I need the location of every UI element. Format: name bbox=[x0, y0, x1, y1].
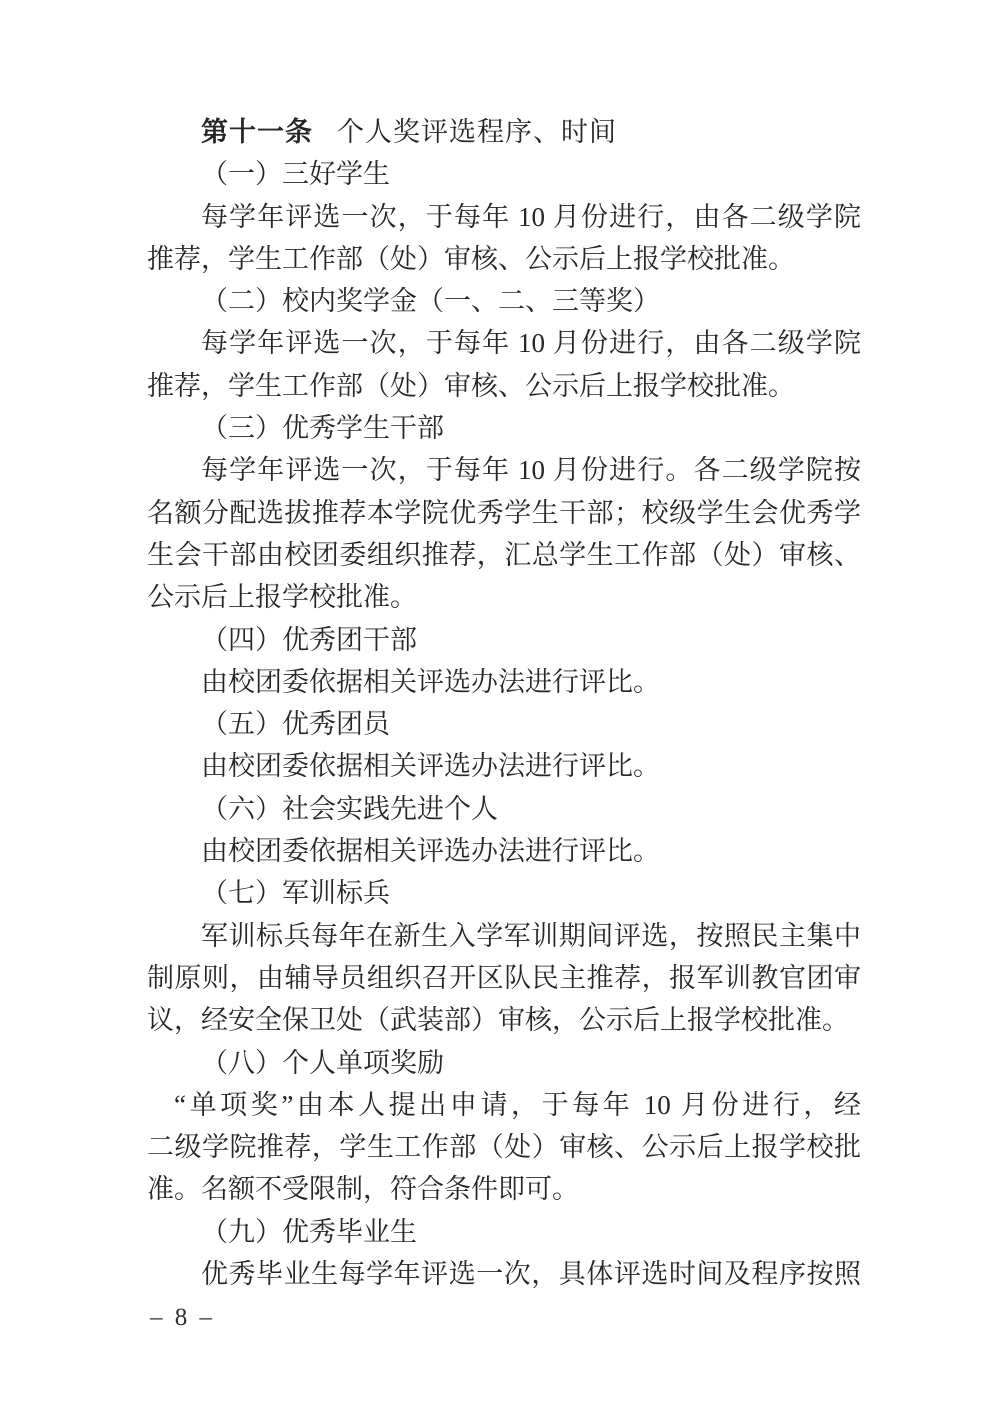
text-line: （三）优秀学生干部 bbox=[147, 407, 861, 449]
article-heading-line: 第十一条个人奖评选程序、时间 bbox=[147, 111, 861, 153]
text-line: 优秀毕业生每学年评选一次，具体评选时间及程序按照 bbox=[147, 1253, 861, 1295]
text-line: （六）社会实践先进个人 bbox=[147, 788, 861, 830]
text-line: （七）军训标兵 bbox=[147, 872, 861, 914]
text-line: 由校团委依据相关评选办法进行评比。 bbox=[147, 830, 861, 872]
text-line: 议，经安全保卫处（武装部）审核，公示后上报学校批准。 bbox=[147, 999, 861, 1041]
article-title: 个人奖评选程序、时间 bbox=[337, 117, 617, 147]
text-line: 由校团委依据相关评选办法进行评比。 bbox=[147, 661, 861, 703]
text-line: （五）优秀团员 bbox=[147, 703, 861, 745]
text-line: “单项奖”由本人提出申请，于每年 10 月份进行，经 bbox=[147, 1084, 861, 1126]
text-line: 每学年评选一次，于每年 10 月份进行。各二级学院按 bbox=[147, 449, 861, 491]
document-page: 第十一条个人奖评选程序、时间 （一）三好学生每学年评选一次，于每年 10 月份进… bbox=[0, 0, 1000, 1415]
text-line: （四）优秀团干部 bbox=[147, 619, 861, 661]
text-line: 名额分配选拔推荐本学院优秀学生干部；校级学生会优秀学 bbox=[147, 492, 861, 534]
text-line: （九）优秀毕业生 bbox=[147, 1211, 861, 1253]
text-line: 推荐，学生工作部（处）审核、公示后上报学校批准。 bbox=[147, 238, 861, 280]
text-line: 公示后上报学校批准。 bbox=[147, 576, 861, 618]
text-line: 制原则，由辅导员组织召开区队民主推荐，报军训教官团审 bbox=[147, 957, 861, 999]
page-number: – 8 – bbox=[150, 1304, 215, 1332]
text-line: 由校团委依据相关评选办法进行评比。 bbox=[147, 745, 861, 787]
text-line: （二）校内奖学金（一、二、三等奖） bbox=[147, 280, 861, 322]
text-line: 准。名额不受限制，符合条件即可。 bbox=[147, 1168, 861, 1210]
text-line: 军训标兵每年在新生入学军训期间评选，按照民主集中 bbox=[147, 915, 861, 957]
text-line: 每学年评选一次，于每年 10 月份进行，由各二级学院 bbox=[147, 322, 861, 364]
document-text-block: 第十一条个人奖评选程序、时间 （一）三好学生每学年评选一次，于每年 10 月份进… bbox=[147, 111, 861, 1295]
body-lines: （一）三好学生每学年评选一次，于每年 10 月份进行，由各二级学院推荐，学生工作… bbox=[147, 153, 861, 1295]
article-number: 第十一条 bbox=[201, 117, 313, 147]
text-line: 推荐，学生工作部（处）审核、公示后上报学校批准。 bbox=[147, 365, 861, 407]
text-line: 生会干部由校团委组织推荐，汇总学生工作部（处）审核、 bbox=[147, 534, 861, 576]
text-line: 二级学院推荐，学生工作部（处）审核、公示后上报学校批 bbox=[147, 1126, 861, 1168]
text-line: （一）三好学生 bbox=[147, 153, 861, 195]
text-line: 每学年评选一次，于每年 10 月份进行，由各二级学院 bbox=[147, 196, 861, 238]
text-line: （八）个人单项奖励 bbox=[147, 1042, 861, 1084]
